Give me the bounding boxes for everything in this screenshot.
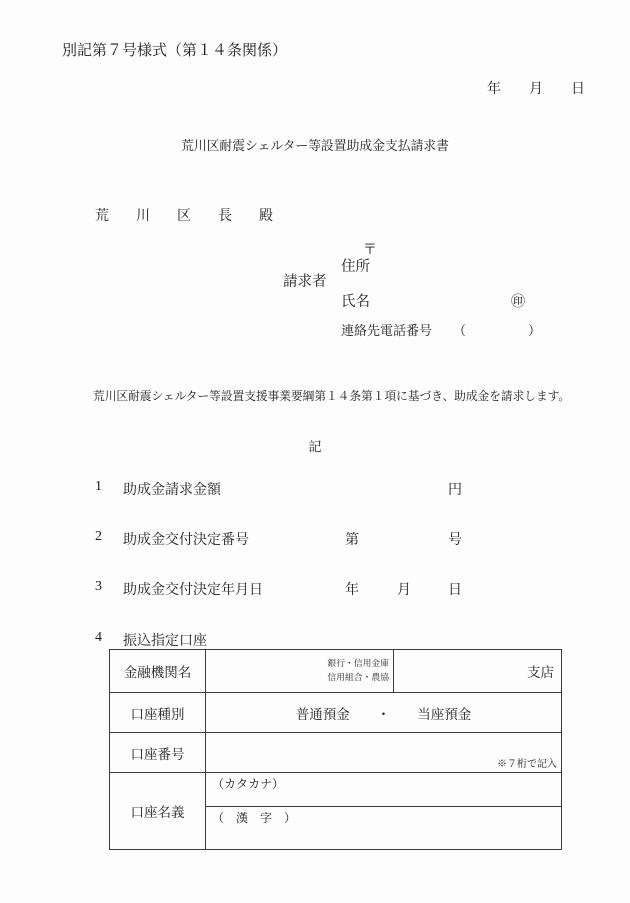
account-type-options-cell: 普通預金 ・ 当座預金 [206,693,562,733]
item-2-number: 2 [95,529,102,545]
item-2-label: 助成金交付決定番号 [123,529,249,549]
account-number-label-cell: 口座番号 [110,733,206,773]
account-holder-kanji-cell: （ 漢 字 ） [206,807,562,850]
bank-name-input-cell: 銀行・信用金庫 信用組合・農協 [206,650,394,693]
item-2-suffix-go: 号 [448,529,462,549]
item-2-prefix-dai: 第 [345,529,359,549]
form-document-page: 別記第７号様式（第１４条関係） 年 月 日 荒川区耐震シェルター等設置助成金支払… [0,0,630,903]
body-paragraph: 荒川区耐震シェルター等設置支援事業要綱第１４条第１項に基づき、助成金を請求します… [93,388,570,404]
item-3-label: 助成金交付決定年月日 [123,579,263,599]
item-3-unit-year: 年 [345,579,359,599]
bank-name-row: 金融機関名 銀行・信用金庫 信用組合・農協 支店 [110,650,562,693]
requester-label: 請求者 [283,270,327,291]
date-line: 年 月 日 [487,78,585,98]
addressee-line: 荒川区長殿 [95,205,300,225]
seal-stamp-icon: ㊞ [511,291,525,311]
item-4-number: 4 [95,630,102,646]
form-number: 別記第７号様式（第１４条関係） [62,39,287,60]
bank-name-label-cell: 金融機関名 [110,650,206,693]
account-table: 金融機関名 銀行・信用金庫 信用組合・農協 支店 口座種別 普通預金 ・ 当座預… [109,649,562,850]
item-3-unit-day: 日 [448,579,462,599]
item-1-unit-yen: 円 [448,479,462,499]
item-1-number: 1 [95,479,102,495]
account-holder-kana-row: 口座名義 （カタカナ） [110,773,562,807]
account-holder-kana-cell: （カタカナ） [206,773,562,807]
account-number-row: 口座番号 ※７桁で記入 [110,733,562,773]
item-1-label: 助成金請求金額 [123,479,221,499]
account-type-row: 口座種別 普通預金 ・ 当座預金 [110,693,562,733]
bank-type-line1: 銀行・信用金庫 [206,657,389,671]
phone-number-blank: （ ） [453,320,543,339]
phone-number-label: 連絡先電話番号 [341,320,432,339]
item-3-number: 3 [95,579,102,595]
digits-note: ※７桁で記入 [497,755,557,770]
section-marker: 記 [0,436,630,455]
bank-type-options: 銀行・信用金庫 信用組合・農協 [206,657,393,684]
account-type-label-cell: 口座種別 [110,693,206,733]
address-label: 住所 [341,255,370,276]
branch-input-cell: 支店 [394,650,562,693]
item-4-label: 振込指定口座 [123,630,207,650]
name-label: 氏名 [341,290,370,311]
account-holder-label-cell: 口座名義 [110,773,206,850]
bank-type-line2: 信用組合・農協 [206,671,389,685]
account-number-input-cell: ※７桁で記入 [206,733,562,773]
item-3-unit-month: 月 [397,579,411,599]
page-title: 荒川区耐震シェルター等設置助成金支払請求書 [0,135,630,154]
